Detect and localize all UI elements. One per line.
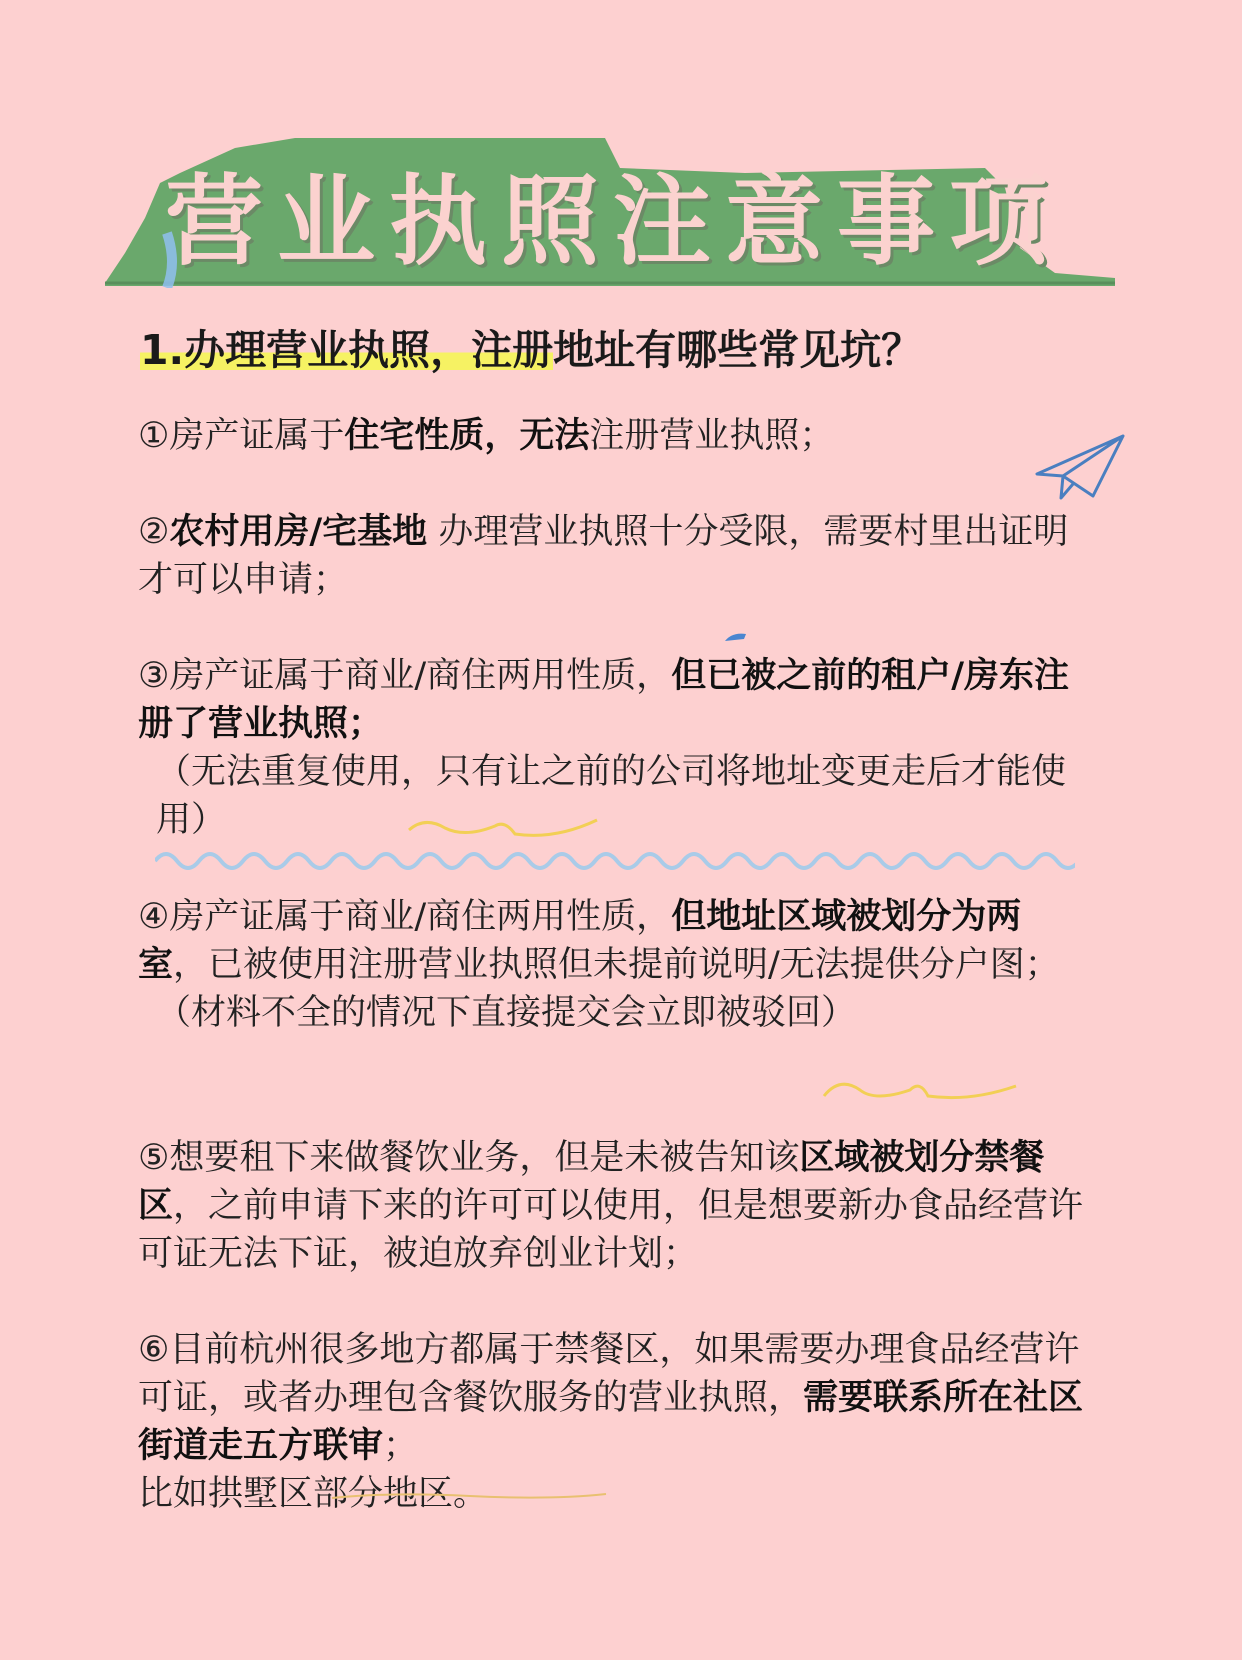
item-number: ⑥ <box>138 1330 169 1370</box>
item-text: 想要租下来做餐饮业务，但是未被告知该 <box>169 1138 799 1178</box>
squiggle-decoration <box>820 1072 1020 1106</box>
list-item-6: ⑥目前杭州很多地方都属于禁餐区，如果需要办理食品经营许可证，或者办理包含餐饮服务… <box>138 1326 1088 1518</box>
item-text: 房产证属于 <box>169 416 344 456</box>
wave-divider <box>155 850 1075 872</box>
list-item-3: ③房产证属于商业/商住两用性质，但已被之前的租户/房东注册了营业执照； （无法重… <box>138 652 1088 844</box>
item-note: （材料不全的情况下直接提交会立即被驳回） <box>138 989 1088 1037</box>
item-number: ① <box>138 416 169 456</box>
item-number: ② <box>138 512 169 552</box>
heading-rest: 地址有哪些常见坑？ <box>553 326 922 374</box>
item-text: ； <box>383 1426 418 1466</box>
item-text-bold: 农村用房/宅基地 <box>169 512 427 552</box>
underline-decoration <box>330 1490 610 1502</box>
list-item-4: ④房产证属于商业/商住两用性质，但地址区域被划分为两室，已被使用注册营业执照但未… <box>138 893 1088 1037</box>
item-note: （无法重复使用，只有让之前的公司将地址变更走后才能使用） <box>138 748 1088 844</box>
list-item-2: ②农村用房/宅基地 办理营业执照十分受限，需要村里出证明才可以申请； <box>138 508 1088 604</box>
title-banner: 营业执照注意事项 <box>105 138 1115 288</box>
heading-highlighted: 1.办理营业执照，注册 <box>140 326 553 374</box>
item-note: 比如拱墅区部分地区。 <box>138 1470 1088 1518</box>
squiggle-decoration <box>405 810 605 840</box>
item-text: 房产证属于商业/商住两用性质， <box>169 897 671 937</box>
list-item-5: ⑤想要租下来做餐饮业务，但是未被告知该区域被划分禁餐区，之前申请下来的许可可以使… <box>138 1134 1088 1278</box>
item-text-bold: 住宅性质，无法 <box>344 416 589 456</box>
item-text: ，已被使用注册营业执照但未提前说明/无法提供分户图； <box>173 945 1060 985</box>
item-text: 房产证属于商业/商住两用性质， <box>169 656 671 696</box>
page-title: 营业执照注意事项 <box>165 166 1125 278</box>
item-number: ④ <box>138 897 169 937</box>
item-number: ③ <box>138 656 169 696</box>
list-item-1: ①房产证属于住宅性质，无法注册营业执照； <box>138 412 1088 460</box>
item-text: 注册营业执照； <box>589 416 834 456</box>
blue-mark-decoration <box>722 630 752 644</box>
item-text: ，之前申请下来的许可可以使用，但是想要新办食品经营许可证无法下证，被迫放弃创业计… <box>138 1186 1083 1274</box>
item-number: ⑤ <box>138 1138 169 1178</box>
section-heading: 1.办理营业执照，注册地址有哪些常见坑？ <box>140 322 922 378</box>
